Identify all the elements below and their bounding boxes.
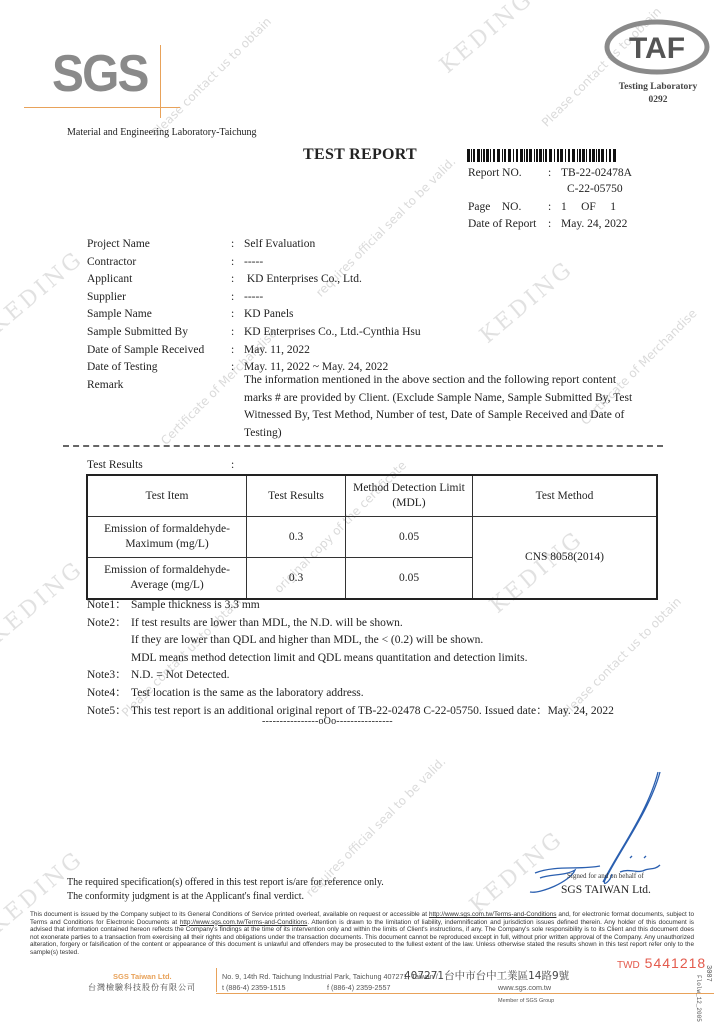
colon: : xyxy=(231,289,234,307)
test-results-label: Test Results xyxy=(87,459,143,471)
signer-company: SGS TAIWAN Ltd. xyxy=(561,884,651,896)
logo-rule-vertical xyxy=(160,45,161,118)
colon: : xyxy=(548,216,551,233)
header-mdl: Method Detection Limit (MDL) xyxy=(346,475,473,517)
end-of-report-mark: ----------------oOo---------------- xyxy=(262,716,393,727)
colon: : xyxy=(231,236,234,254)
info-label: Date of Testing xyxy=(87,359,158,377)
info-label: Project Name xyxy=(87,236,150,254)
note-label: Note5： xyxy=(87,703,127,721)
report-no-value: TB-22-02478A xyxy=(561,165,632,182)
page-no-value: 1 OF 1 xyxy=(561,199,616,216)
report-no-value-2: C-22-05750 xyxy=(567,181,623,198)
divider xyxy=(63,445,663,447)
serial-value: 5441218 xyxy=(645,955,707,971)
info-label: Supplier xyxy=(87,289,126,307)
note-text: If test results are lower than MDL, the … xyxy=(131,615,403,633)
info-value: Self Evaluation xyxy=(244,236,315,254)
report-no-label: Report NO. xyxy=(468,165,522,182)
header-test-item: Test Item xyxy=(87,475,247,517)
note-label: Note1： xyxy=(87,597,127,615)
footer-company-en: SGS Taiwan Ltd. xyxy=(113,972,172,981)
header-test-results: Test Results xyxy=(247,475,346,517)
header-test-method: Test Method xyxy=(473,475,658,517)
info-label: Remark xyxy=(87,377,123,395)
form-code: Flolw_12_2005 xyxy=(695,975,702,1022)
cell-test-method: CNS 8058(2014) xyxy=(473,517,658,600)
watermark-kd: KEDING xyxy=(0,246,88,338)
colon: : xyxy=(231,342,234,360)
colon: : xyxy=(231,359,234,377)
footer-address-cn: 407271台中市台中工業區14路9號 xyxy=(404,968,569,983)
info-value: KD Panels xyxy=(244,306,294,324)
cell-test-result: 0.3 xyxy=(247,517,346,558)
colon: : xyxy=(231,254,234,272)
footer-member: Member of SGS Group xyxy=(498,998,554,1004)
colon: : xyxy=(231,324,234,342)
info-label: Sample Name xyxy=(87,306,152,324)
remark-text: The information mentioned in the above s… xyxy=(244,372,644,442)
table-row: Emission of formaldehyde-Maximum (mg/L) … xyxy=(87,517,657,558)
spec-line-2: The conformity judgment is at the Applic… xyxy=(67,890,384,904)
info-label: Applicant xyxy=(87,271,132,289)
fine-print-text: This document is issued by the Company s… xyxy=(30,911,429,918)
info-value: ----- xyxy=(244,289,263,307)
info-value: ----- xyxy=(244,254,263,272)
note-text: MDL means method detection limit and QDL… xyxy=(131,650,527,668)
serial-number: TWD 5441218 xyxy=(617,955,706,971)
cell-test-result: 0.3 xyxy=(247,558,346,600)
taf-caption: Testing Laboratory 0292 xyxy=(612,81,704,107)
cell-mdl: 0.05 xyxy=(346,558,473,600)
sgs-logo: SGS xyxy=(52,48,148,100)
note-label: Note4： xyxy=(87,685,127,703)
watermark-kd: KEDING xyxy=(0,556,88,648)
cell-mdl: 0.05 xyxy=(346,517,473,558)
watermark-kd: KEDING xyxy=(475,256,578,348)
colon: : xyxy=(231,459,234,471)
colon: : xyxy=(548,165,551,182)
note-text: Test location is the same as the laborat… xyxy=(131,685,364,703)
footer-rule-horizontal xyxy=(216,993,714,994)
footer-fax: f (886-4) 2359-2557 xyxy=(327,983,391,992)
lab-name: Material and Engineering Laboratory-Taic… xyxy=(67,127,257,138)
info-value: KD Enterprises Co., Ltd.-Cynthia Hsu xyxy=(244,324,421,342)
note-label: Note2： xyxy=(87,615,127,633)
watermark-contact: Please contact us to obtain xyxy=(559,594,684,719)
footer-phone: t (886-4) 2359-1515 xyxy=(222,983,286,992)
form-code-2: 3007 xyxy=(704,965,712,982)
table-header-row: Test Item Test Results Method Detection … xyxy=(87,475,657,517)
watermark-kd: KEDING xyxy=(435,0,538,79)
signature-icon xyxy=(510,770,690,900)
terms-fine-print: This document is issued by the Company s… xyxy=(30,911,694,957)
signed-for-label: Signed for and on behalf of xyxy=(567,872,644,880)
info-value: KD Enterprises Co., Ltd. xyxy=(244,271,362,289)
note-text: N.D. = Not Detected. xyxy=(131,667,229,685)
barcode-icon xyxy=(467,149,619,162)
colon: : xyxy=(231,306,234,324)
info-label: Contractor xyxy=(87,254,136,272)
footer-rule-vertical xyxy=(216,968,217,992)
cell-test-item: Emission of formaldehyde-Maximum (mg/L) xyxy=(87,517,247,558)
colon: : xyxy=(548,199,551,216)
note-text: Sample thickness is 3.3 mm xyxy=(131,597,260,615)
date-of-report-value: May. 24, 2022 xyxy=(561,216,627,233)
terms-link[interactable]: http://www.sgs.com.tw/Terms-and-Conditio… xyxy=(180,919,308,926)
cell-test-item: Emission of formaldehyde-Average (mg/L) xyxy=(87,558,247,600)
watermark-contact: Please contact us to obtain xyxy=(149,14,274,139)
specification-note: The required specification(s) offered in… xyxy=(67,876,384,904)
serial-prefix: TWD xyxy=(617,960,640,971)
footer-company-cn: 台灣檢驗科技股份有限公司 xyxy=(88,982,196,993)
taf-caption-line2: 0292 xyxy=(612,94,704,107)
note-text: If they are lower than QDL and higher th… xyxy=(131,632,483,650)
note-label: Note3： xyxy=(87,667,127,685)
info-label: Date of Sample Received xyxy=(87,342,204,360)
taf-caption-line1: Testing Laboratory xyxy=(612,81,704,94)
colon: : xyxy=(231,271,234,289)
footer-website[interactable]: www.sgs.com.tw xyxy=(498,983,551,992)
taf-logo-icon: TAF xyxy=(604,18,710,76)
terms-link[interactable]: http://www.sgs.com.tw/Terms-and-Conditio… xyxy=(429,911,557,918)
logo-rule-horizontal xyxy=(24,107,180,108)
svg-text:TAF: TAF xyxy=(629,32,685,65)
info-value: May. 11, 2022 xyxy=(244,342,310,360)
page-title: TEST REPORT xyxy=(303,146,417,164)
info-label: Sample Submitted By xyxy=(87,324,188,342)
page-no-label: Page NO. xyxy=(468,199,521,216)
spec-line-1: The required specification(s) offered in… xyxy=(67,876,384,890)
date-of-report-label: Date of Report xyxy=(468,216,536,233)
results-table: Test Item Test Results Method Detection … xyxy=(86,474,658,600)
